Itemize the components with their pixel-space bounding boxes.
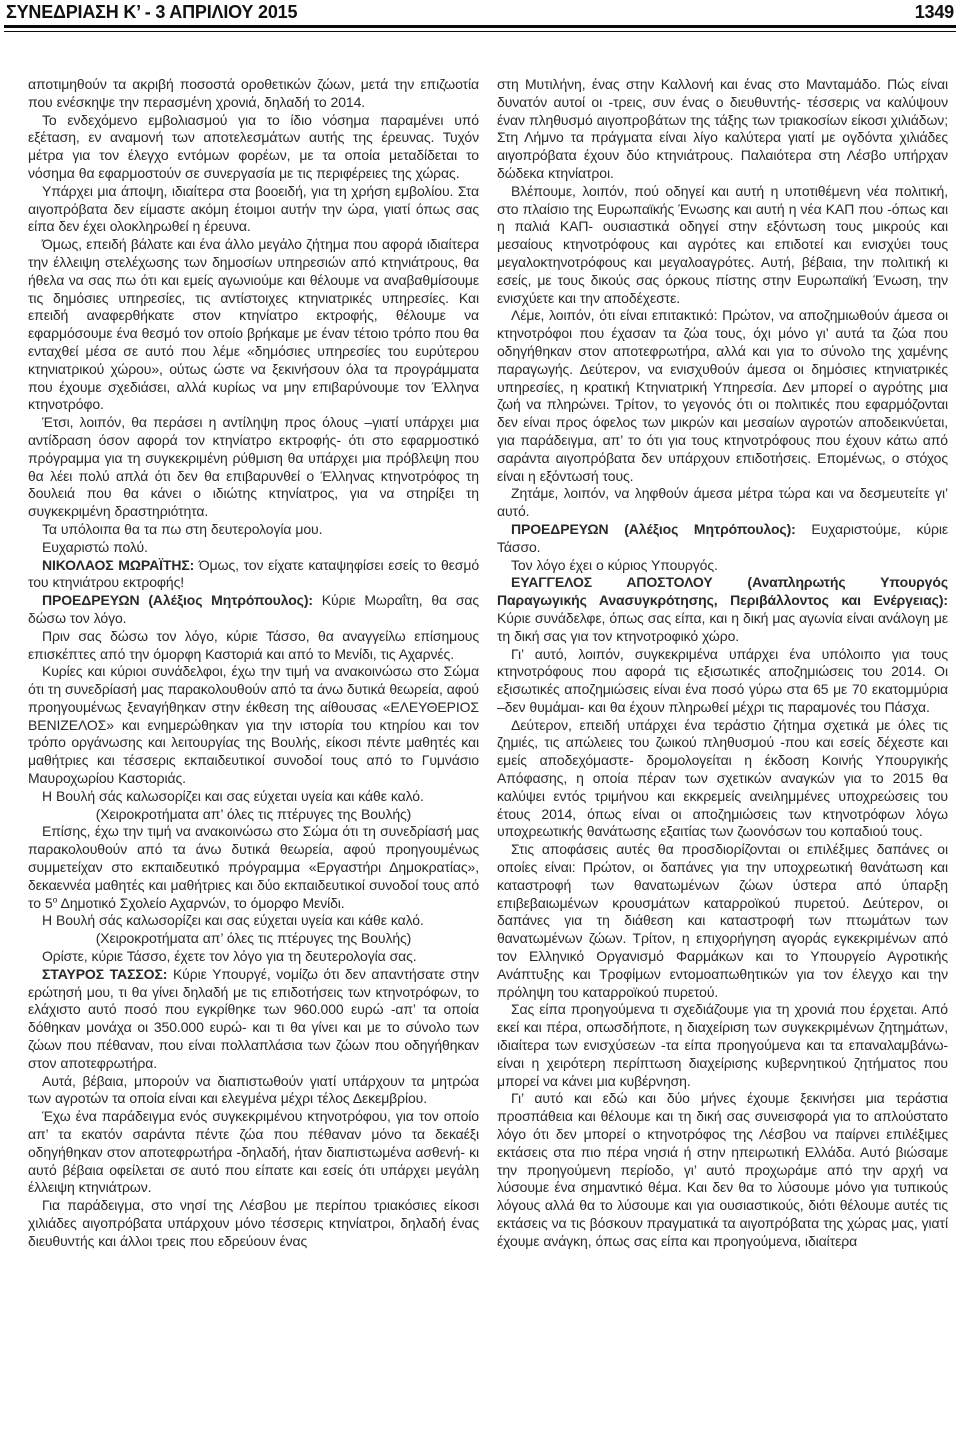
paragraph: Η Βουλή σάς καλωσορίζει και σας εύχεται … bbox=[28, 788, 479, 806]
paragraph: Η Βουλή σάς καλωσορίζει και σας εύχεται … bbox=[28, 912, 479, 930]
paragraph: ΠΡΟΕΔΡΕΥΩΝ (Αλέξιος Μητρόπουλος): Κύριε … bbox=[28, 592, 479, 628]
paragraph: Τον λόγο έχει ο κύριος Υπουργός. bbox=[497, 557, 948, 575]
right-column: στη Μυτιλήνη, ένας στην Καλλονή και ένας… bbox=[497, 76, 948, 1455]
paragraph: Σας είπα προηγούμενα τι σχεδιάζουμε για … bbox=[497, 1001, 948, 1090]
paragraph: Στις αποφάσεις αυτές θα προσδιορίζονται … bbox=[497, 841, 948, 1001]
paragraph: Βλέπουμε, λοιπόν, πού οδηγεί και αυτή η … bbox=[497, 183, 948, 308]
paragraph: ΠΡΟΕΔΡΕΥΩΝ (Αλέξιος Μητρόπουλος): Ευχαρι… bbox=[497, 521, 948, 557]
paragraph: Επίσης, έχω την τιμή να ανακοινώσω στο Σ… bbox=[28, 823, 479, 912]
paragraph: Ορίστε, κύριε Τάσσο, έχετε τον λόγο για … bbox=[28, 948, 479, 966]
paragraph: Τα υπόλοιπα θα τα πω στη δευτερολογία μο… bbox=[28, 521, 479, 539]
paragraph: Γι’ αυτό και εδώ και δύο μήνες έχουμε ξε… bbox=[497, 1090, 948, 1250]
paragraph: Έχω ένα παράδειγμα ενός συγκεκριμένου κτ… bbox=[28, 1108, 479, 1197]
paragraph: Όμως, επειδή βάλατε και ένα άλλο μεγάλο … bbox=[28, 236, 479, 414]
paragraph: ΣΤΑΥΡΟΣ ΤΑΣΣΟΣ: Κύριε Υπουργέ, νομίζω ότ… bbox=[28, 966, 479, 1073]
page-number: 1349 bbox=[915, 2, 954, 23]
paragraph: Το ενδεχόμενο εμβολιασμού για το ίδιο νό… bbox=[28, 112, 479, 183]
paragraph: ΕΥΑΓΓΕΛΟΣ ΑΠΟΣΤΟΛΟΥ (Αναπληρωτής Υπουργό… bbox=[497, 574, 948, 645]
speaker-name: ΠΡΟΕΔΡΕΥΩΝ (Αλέξιος Μητρόπουλος): bbox=[42, 592, 313, 608]
applause-note: (Χειροκροτήματα απ’ όλες τις πτέρυγες τη… bbox=[28, 806, 479, 824]
paragraph: Για παράδειγμα, στο νησί της Λέσβου με π… bbox=[28, 1197, 479, 1250]
paragraph: Γι’ αυτό, λοιπόν, συγκεκριμένα υπάρχει έ… bbox=[497, 646, 948, 717]
applause-note: (Χειροκροτήματα απ’ όλες τις πτέρυγες τη… bbox=[28, 930, 479, 948]
minutes-page: ΣΥΝΕΔΡΙΑΣΗ Κ’ - 3 ΑΠΡΙΛΙΟΥ 2015 1349 απο… bbox=[0, 0, 960, 1455]
paragraph: Υπάρχει μια άποψη, ιδιαίτερα στα βοοειδή… bbox=[28, 183, 479, 236]
paragraph: αποτιμηθούν τα ακριβή ποσοστά οροθετικών… bbox=[28, 76, 479, 112]
left-column: αποτιμηθούν τα ακριβή ποσοστά οροθετικών… bbox=[28, 76, 479, 1455]
speaker-name: ΣΤΑΥΡΟΣ ΤΑΣΣΟΣ: bbox=[42, 966, 167, 982]
speaker-name: ΝΙΚΟΛΑΟΣ ΜΩΡΑΪΤΗΣ: bbox=[42, 557, 194, 573]
paragraph: Αυτά, βέβαια, μπορούν να διαπιστωθούν γι… bbox=[28, 1073, 479, 1109]
paragraph: στη Μυτιλήνη, ένας στην Καλλονή και ένας… bbox=[497, 76, 948, 183]
paragraph: Ζητάμε, λοιπόν, να ληφθούν άμεσα μέτρα τ… bbox=[497, 485, 948, 521]
page-header: ΣΥΝΕΔΡΙΑΣΗ Κ’ - 3 ΑΠΡΙΛΙΟΥ 2015 1349 bbox=[6, 2, 954, 23]
header-double-rule bbox=[4, 25, 956, 32]
paragraph: Πριν σας δώσω τον λόγο, κύριε Τάσσο, θα … bbox=[28, 628, 479, 664]
paragraph: Ευχαριστώ πολύ. bbox=[28, 539, 479, 557]
speaker-name: ΠΡΟΕΔΡΕΥΩΝ (Αλέξιος Μητρόπουλος): bbox=[511, 521, 796, 537]
paragraph: Έτσι, λοιπόν, θα περάσει η αντίληψη προς… bbox=[28, 414, 479, 521]
paragraph: ΝΙΚΟΛΑΟΣ ΜΩΡΑΪΤΗΣ: Όμως, τον είχατε κατα… bbox=[28, 557, 479, 593]
session-title: ΣΥΝΕΔΡΙΑΣΗ Κ’ - 3 ΑΠΡΙΛΙΟΥ 2015 bbox=[6, 2, 297, 23]
paragraph: Δεύτερον, επειδή υπάρχει ένα τεράστιο ζή… bbox=[497, 717, 948, 842]
speaker-name: ΕΥΑΓΓΕΛΟΣ ΑΠΟΣΤΟΛΟΥ (Αναπληρωτής Υπουργό… bbox=[497, 574, 948, 608]
paragraph: Λέμε, λοιπόν, ότι είναι επιτακτικό: Πρώτ… bbox=[497, 307, 948, 485]
paragraph: Κυρίες και κύριοι συνάδελφοι, έχω την τι… bbox=[28, 663, 479, 788]
text-columns: αποτιμηθούν τα ακριβή ποσοστά οροθετικών… bbox=[28, 76, 948, 1455]
